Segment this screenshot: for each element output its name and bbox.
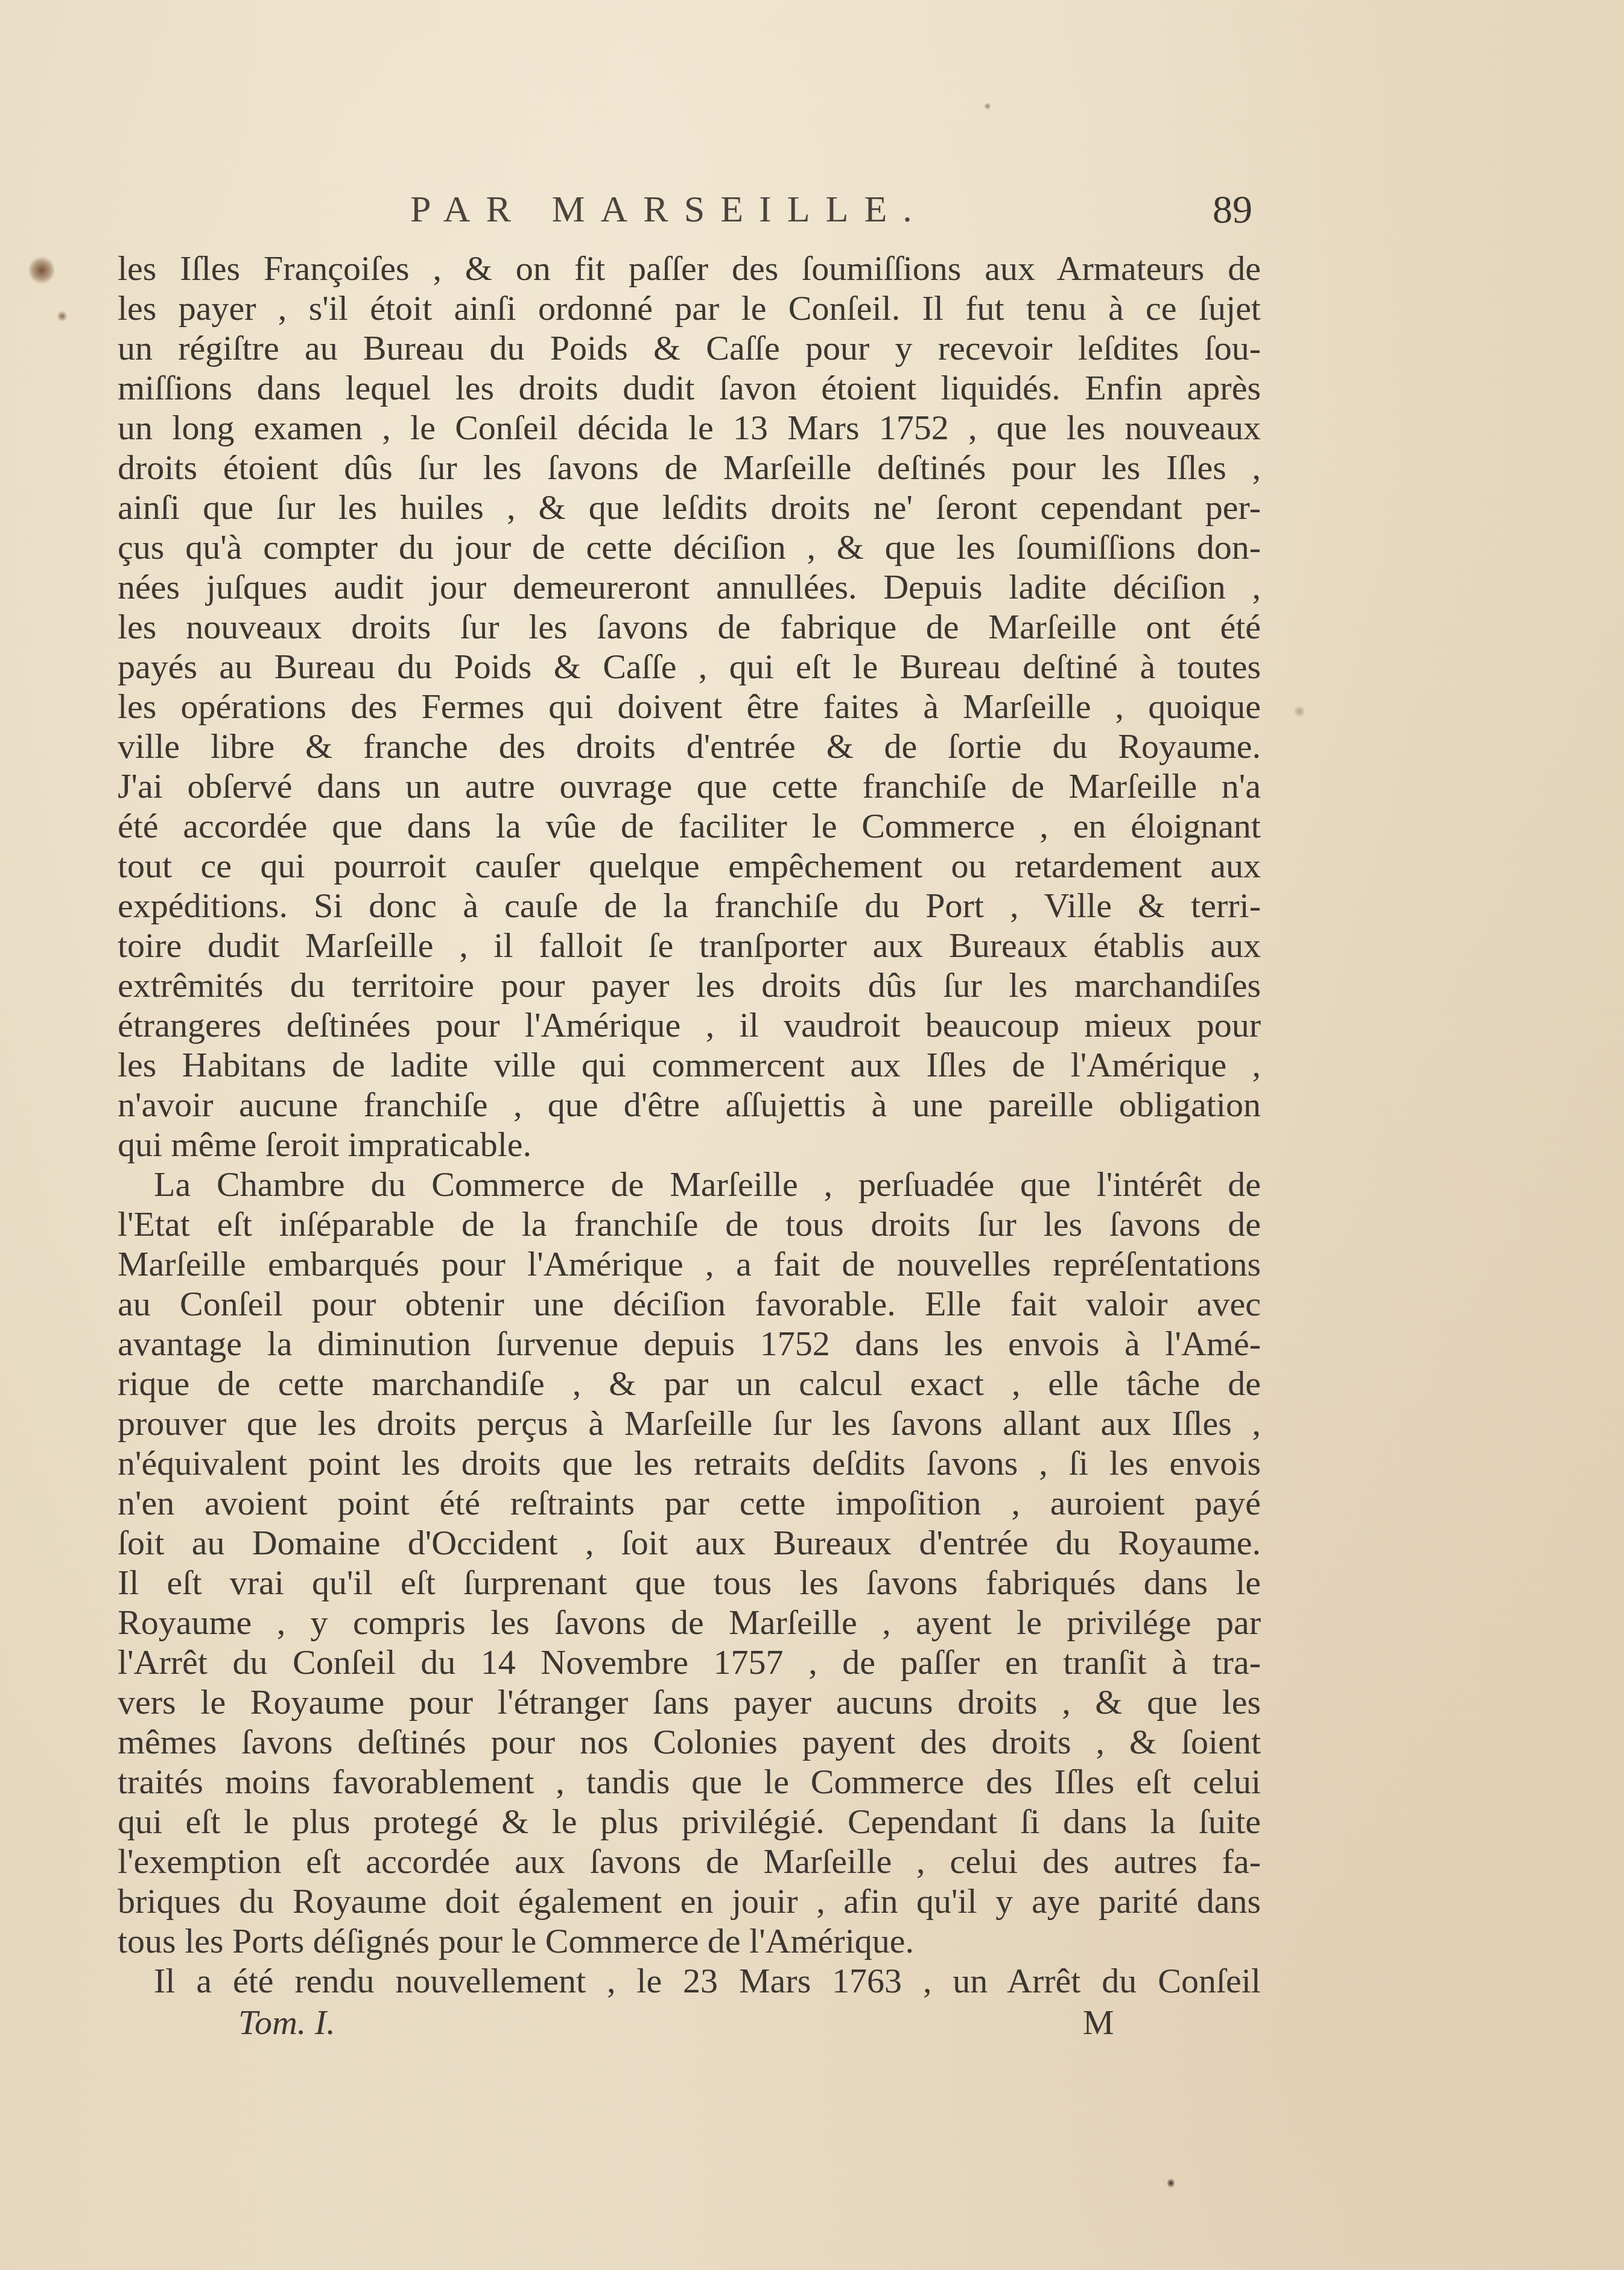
text-line: J'ai obſervé dans un autre ouvrage que c… xyxy=(118,766,1261,806)
text-line: ville libre & franche des droits d'entré… xyxy=(118,726,1261,766)
text-line: miſſions dans lequel les droits dudit ſa… xyxy=(118,368,1261,408)
paragraph-start-line: La Chambre du Commerce de Marſeille , pe… xyxy=(118,1165,1261,1204)
text-line: tout ce qui pourroit cauſer quelque empê… xyxy=(118,846,1261,886)
text-line: Il eſt vrai qu'il eſt ſurprenant que tou… xyxy=(118,1563,1261,1603)
paragraph-start-line: Il a été rendu nouvellement , le 23 Mars… xyxy=(118,1961,1261,2001)
text-line: ainſi que ſur les huiles , & que leſdits… xyxy=(118,488,1261,527)
text-line: briques du Royaume doit également en jou… xyxy=(118,1881,1261,1921)
ink-spot xyxy=(1167,2178,1175,2188)
text-line: été accordée que dans la vûe de facilite… xyxy=(118,806,1261,846)
text-line: un long examen , le Conſeil décida le 13… xyxy=(118,408,1261,448)
ink-spot xyxy=(985,103,991,110)
text-line: prouver que les droits perçus à Marſeill… xyxy=(118,1404,1261,1443)
text-line: ſoit au Domaine d'Occident , ſoit aux Bu… xyxy=(118,1523,1261,1563)
signature-volume: Tom. I. xyxy=(238,2002,335,2043)
text-line: qui eſt le plus protegé & le plus privil… xyxy=(118,1802,1261,1842)
text-line: nées juſques audit jour demeureront annu… xyxy=(118,567,1261,607)
text-line: rique de cette marchandiſe , & par un ca… xyxy=(118,1364,1261,1404)
page-number: 89 xyxy=(1213,187,1252,233)
text-line: étrangeres deſtinées pour l'Amérique , i… xyxy=(118,1005,1261,1045)
text-line: au Conſeil pour obtenir une déciſion fav… xyxy=(118,1284,1261,1324)
text-line: l'Arrêt du Conſeil du 14 Novembre 1757 ,… xyxy=(118,1642,1261,1682)
text-line: un régiſtre au Bureau du Poids & Caſſe p… xyxy=(118,328,1261,368)
text-line: çus qu'à compter du jour de cette déciſi… xyxy=(118,527,1261,567)
text-line: les nouveaux droits ſur les ſavons de fa… xyxy=(118,607,1261,647)
body-text: les Iſles Françoiſes , & on fit paſſer d… xyxy=(118,249,1261,2001)
text-line: l'Etat eſt inſéparable de la franchiſe d… xyxy=(118,1204,1261,1244)
ink-spot xyxy=(57,311,67,322)
signature-mark: M xyxy=(1083,2002,1114,2043)
text-line: Marſeille embarqués pour l'Amérique , a … xyxy=(118,1244,1261,1284)
text-line: les opérations des Fermes qui doivent êt… xyxy=(118,687,1261,726)
ink-stain xyxy=(29,256,54,284)
text-line: droits étoient dûs ſur les ſavons de Mar… xyxy=(118,448,1261,488)
text-line: traités moins favorablement , tandis que… xyxy=(118,1762,1261,1802)
text-line: les payer , s'il étoit ainſi ordonné par… xyxy=(118,288,1261,328)
text-line: n'en avoient point été reſtraints par ce… xyxy=(118,1483,1261,1523)
text-line: n'équivalent point les droits que les re… xyxy=(118,1443,1261,1483)
text-line: l'exemption eſt accordée aux ſavons de M… xyxy=(118,1842,1261,1881)
text-line: expéditions. Si donc à cauſe de la franc… xyxy=(118,886,1261,926)
text-line: mêmes ſavons deſtinés pour nos Colonies … xyxy=(118,1722,1261,1762)
text-line: payés au Bureau du Poids & Caſſe , qui e… xyxy=(118,647,1261,687)
ink-spot xyxy=(1294,706,1305,717)
text-line: les Iſles Françoiſes , & on fit paſſer d… xyxy=(118,249,1261,288)
text-line: les Habitans de ladite ville qui commerc… xyxy=(118,1045,1261,1085)
paragraph-end-line: qui même ſeroit impraticable. xyxy=(118,1125,1261,1165)
text-line: Royaume , y compris les ſavons de Marſei… xyxy=(118,1603,1261,1642)
text-line: n'avoir aucune franchiſe , que d'être aſ… xyxy=(118,1085,1261,1125)
text-line: toire dudit Marſeille , il falloit ſe tr… xyxy=(118,926,1261,965)
text-line: vers le Royaume pour l'étranger ſans pay… xyxy=(118,1682,1261,1722)
running-head: PAR MARSEILLE. xyxy=(410,188,928,231)
paragraph-end-line: tous les Ports déſignés pour le Commerce… xyxy=(118,1921,1261,1961)
text-line: extrêmités du territoire pour payer les … xyxy=(118,965,1261,1005)
text-line: avantage la diminution ſurvenue depuis 1… xyxy=(118,1324,1261,1364)
